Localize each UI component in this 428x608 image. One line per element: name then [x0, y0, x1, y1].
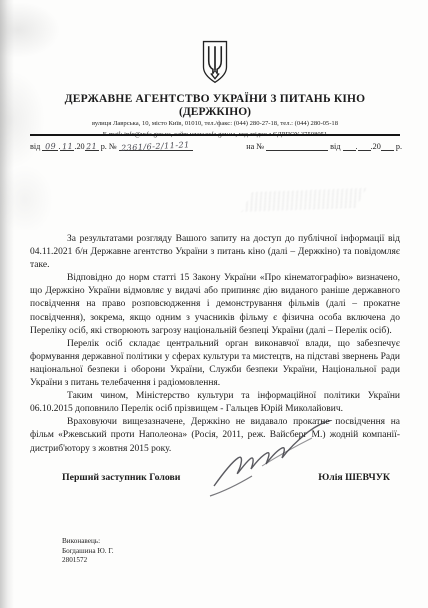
- paragraph: За результатами розгляду Вашого запиту н…: [30, 233, 400, 272]
- out-number-field: 2361/6-2/11-21: [119, 141, 193, 151]
- org-address: вулиця Лаврська, 10, місто Київ, 01010, …: [30, 120, 400, 129]
- out-month-handwriting: 11: [62, 142, 74, 152]
- org-name: ДЕРЖАВНЕ АГЕНТСТВО УКРАЇНИ З ПИТАНЬ КІНО: [30, 93, 400, 106]
- out-number-handwriting: 2361/6-2/11-21: [121, 140, 190, 153]
- paragraph: Перелік осіб складає центральний орган в…: [30, 338, 400, 390]
- out-from-label: від: [30, 142, 40, 151]
- out-month-field: 11: [60, 141, 74, 151]
- executor-label: Виконавець:: [62, 537, 428, 547]
- executor-phone: 2801572: [62, 556, 428, 566]
- signature-block: Перший заступник Голови Юлія ШЕВЧУК: [30, 472, 402, 483]
- in-from-label: від: [330, 142, 340, 151]
- letterhead: ДЕРЖАВНЕ АГЕНТСТВО УКРАЇНИ З ПИТАНЬ КІНО…: [30, 40, 400, 139]
- in-month-field: [358, 141, 371, 151]
- signer-position: Перший заступник Голови: [30, 472, 180, 483]
- out-day-handwriting: 09: [45, 142, 57, 152]
- executor-block: Виконавець: Богдашина Ю. Г. 2801572: [30, 537, 428, 566]
- scan-edge-artifact: [0, 0, 14, 608]
- in-no-label: на №: [246, 142, 264, 151]
- in-year-field: [381, 141, 394, 151]
- executor-name: Богдашина Ю. Г.: [62, 547, 428, 557]
- outgoing-reference: від 09.11.2021 р. № 2361/6-2/11-21: [30, 141, 193, 151]
- out-number-label: р. №: [101, 142, 117, 151]
- in-day-field: [343, 141, 356, 151]
- in-year-suffix: р.: [396, 142, 402, 151]
- scanned-letter-page: ДЕРЖАВНЕ АГЕНТСТВО УКРАЇНИ З ПИТАНЬ КІНО…: [0, 0, 428, 608]
- out-year-handwriting: 21: [86, 142, 98, 152]
- out-year-field: 21: [85, 141, 99, 151]
- signer-name: Юлія ШЕВЧУК: [318, 472, 402, 483]
- org-short-name: (ДЕРЖКІНО): [30, 106, 400, 118]
- letter-body: За результатами розгляду Вашого запиту н…: [30, 233, 400, 456]
- reference-row: від 09.11.2021 р. № 2361/6-2/11-21 на № …: [30, 141, 402, 151]
- paragraph: Враховуючи вищезазначене, Держкіно не ви…: [30, 416, 400, 455]
- out-day-field: 09: [42, 141, 58, 151]
- incoming-reference: на № від ..20 р.: [246, 141, 402, 151]
- in-number-field: [266, 141, 328, 151]
- letterhead-divider: [30, 134, 400, 136]
- ink-bleed-smudge: [241, 188, 366, 212]
- out-century: .20: [74, 142, 84, 151]
- paragraph: Таким чином, Міністерство культури та ін…: [30, 390, 400, 416]
- paragraph: Відповідно до норм статті 15 Закону Укра…: [30, 272, 400, 337]
- in-century: .20: [371, 142, 381, 151]
- ukraine-trident-icon: [196, 40, 234, 91]
